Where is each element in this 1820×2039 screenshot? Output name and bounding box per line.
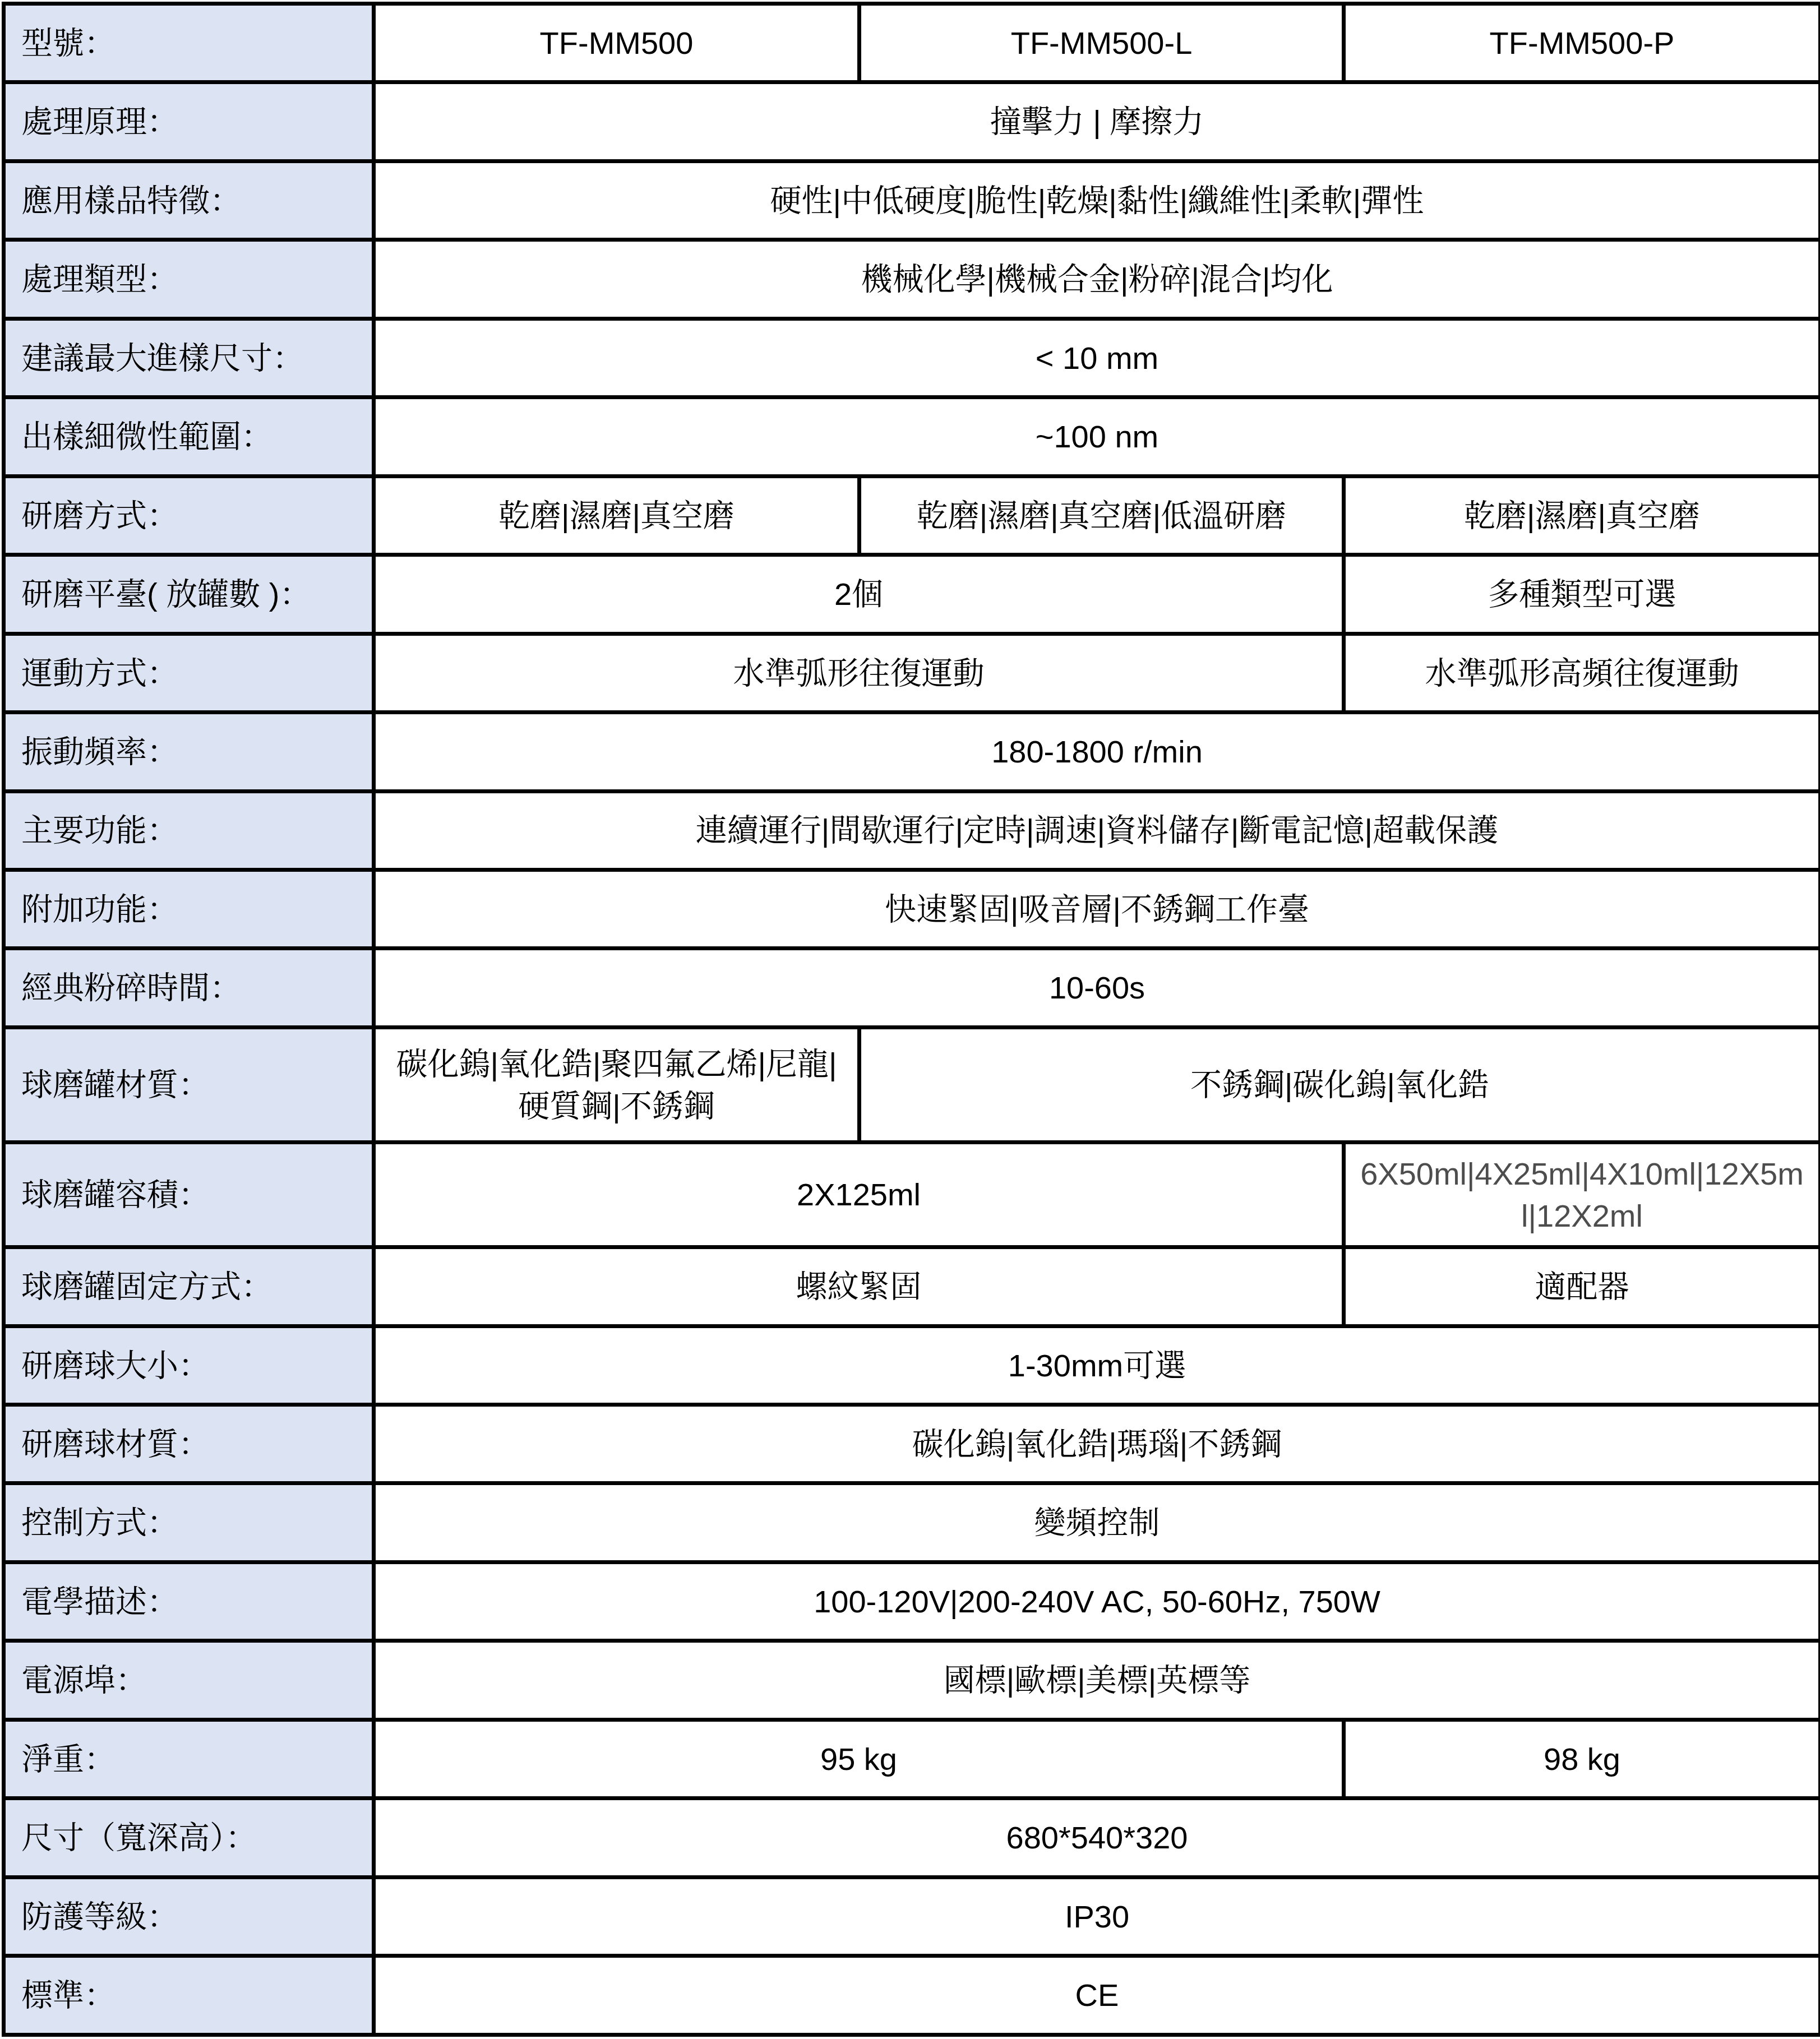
table-row: 淨重：95 kg98 kg (4, 1719, 1820, 1798)
spec-value: 碳化鎢|氧化鋯|瑪瑙|不銹鋼 (374, 1405, 1820, 1483)
spec-value: 不銹鋼|碳化鎢|氧化鋯 (860, 1027, 1820, 1142)
row-label: 淨重： (4, 1719, 374, 1798)
table-row: 防護等級：IP30 (4, 1877, 1820, 1955)
row-label: 出樣細微性範圍： (4, 397, 374, 476)
table-row: 研磨方式：乾磨|濕磨|真空磨乾磨|濕磨|真空磨|低溫研磨乾磨|濕磨|真空磨 (4, 476, 1820, 554)
row-label: 振動頻率： (4, 713, 374, 791)
spec-value: 水準弧形高頻往復運動 (1344, 634, 1820, 712)
spec-value: < 10 mm (374, 318, 1820, 397)
spec-value: 國標|歐標|美標|英標等 (374, 1641, 1820, 1719)
table-row: 型號：TF-MM500TF-MM500-LTF-MM500-P (4, 4, 1820, 82)
row-label: 球磨罐材質： (4, 1027, 374, 1142)
row-label: 防護等級： (4, 1877, 374, 1955)
row-label: 電學描述： (4, 1562, 374, 1640)
table-row: 處理類型：機械化學|機械合金|粉碎|混合|均化 (4, 240, 1820, 318)
spec-value: 180-1800 r/min (374, 713, 1820, 791)
row-label: 運動方式： (4, 634, 374, 712)
spec-value: 多種類型可選 (1344, 555, 1820, 634)
table-row: 建議最大進樣尺寸：< 10 mm (4, 318, 1820, 397)
spec-value: 機械化學|機械合金|粉碎|混合|均化 (374, 240, 1820, 318)
row-label: 處理原理： (4, 82, 374, 161)
row-label: 處理類型： (4, 240, 374, 318)
table-row: 電學描述：100-120V|200-240V AC, 50-60Hz, 750W (4, 1562, 1820, 1640)
table-row: 出樣細微性範圍：~100 nm (4, 397, 1820, 476)
spec-value: TF-MM500-P (1344, 4, 1820, 82)
table-row: 球磨罐材質：碳化鎢|氧化鋯|聚四氟乙烯|尼龍|硬質鋼|不銹鋼不銹鋼|碳化鎢|氧化… (4, 1027, 1820, 1142)
row-label: 研磨球大小： (4, 1326, 374, 1404)
spec-table: 型號：TF-MM500TF-MM500-LTF-MM500-P處理原理：撞擊力 … (2, 2, 1820, 2037)
table-row: 尺寸（寬深高）：680*540*320 (4, 1798, 1820, 1877)
spec-value: 螺紋緊固 (374, 1247, 1344, 1326)
spec-value: 乾磨|濕磨|真空磨 (1344, 476, 1820, 554)
row-label: 主要功能： (4, 791, 374, 870)
table-row: 研磨球大小：1-30mm可選 (4, 1326, 1820, 1404)
row-label: 電源埠： (4, 1641, 374, 1719)
spec-value: 乾磨|濕磨|真空磨|低溫研磨 (860, 476, 1344, 554)
spec-value: 100-120V|200-240V AC, 50-60Hz, 750W (374, 1562, 1820, 1640)
spec-value: 水準弧形往復運動 (374, 634, 1344, 712)
spec-value: 撞擊力 | 摩擦力 (374, 82, 1820, 161)
spec-sheet: 型號：TF-MM500TF-MM500-LTF-MM500-P處理原理：撞擊力 … (0, 0, 1820, 2039)
table-row: 標準：CE (4, 1956, 1820, 2035)
row-label: 控制方式： (4, 1483, 374, 1562)
spec-value: 6X50ml|4X25ml|4X10ml|12X5ml|12X2ml (1344, 1143, 1820, 1247)
spec-value: 2個 (374, 555, 1344, 634)
spec-value: ~100 nm (374, 397, 1820, 476)
row-label: 應用樣品特徵： (4, 161, 374, 239)
table-row: 研磨平臺( 放罐數 )：2個多種類型可選 (4, 555, 1820, 634)
row-label: 球磨罐固定方式： (4, 1247, 374, 1326)
spec-value: 適配器 (1344, 1247, 1820, 1326)
table-row: 主要功能：連續運行|間歇運行|定時|調速|資料儲存|斷電記憶|超載保護 (4, 791, 1820, 870)
spec-value: 碳化鎢|氧化鋯|聚四氟乙烯|尼龍|硬質鋼|不銹鋼 (374, 1027, 860, 1142)
row-label: 建議最大進樣尺寸： (4, 318, 374, 397)
table-row: 處理原理：撞擊力 | 摩擦力 (4, 82, 1820, 161)
table-row: 附加功能：快速緊固|吸音層|不銹鋼工作臺 (4, 870, 1820, 948)
spec-value: 變頻控制 (374, 1483, 1820, 1562)
table-row: 研磨球材質：碳化鎢|氧化鋯|瑪瑙|不銹鋼 (4, 1405, 1820, 1483)
spec-value: 快速緊固|吸音層|不銹鋼工作臺 (374, 870, 1820, 948)
row-label: 研磨球材質： (4, 1405, 374, 1483)
spec-value: TF-MM500-L (860, 4, 1344, 82)
row-label: 研磨方式： (4, 476, 374, 554)
table-row: 控制方式：變頻控制 (4, 1483, 1820, 1562)
table-row: 球磨罐固定方式：螺紋緊固適配器 (4, 1247, 1820, 1326)
table-row: 經典粉碎時間：10-60s (4, 949, 1820, 1027)
table-row: 應用樣品特徵：硬性|中低硬度|脆性|乾燥|黏性|纖維性|柔軟|彈性 (4, 161, 1820, 239)
table-row: 振動頻率：180-1800 r/min (4, 713, 1820, 791)
spec-value: CE (374, 1956, 1820, 2035)
row-label: 研磨平臺( 放罐數 )： (4, 555, 374, 634)
table-row: 電源埠：國標|歐標|美標|英標等 (4, 1641, 1820, 1719)
row-label: 球磨罐容積： (4, 1143, 374, 1247)
row-label: 型號： (4, 4, 374, 82)
spec-value: 2X125ml (374, 1143, 1344, 1247)
row-label: 標準： (4, 1956, 374, 2035)
spec-value: 98 kg (1344, 1719, 1820, 1798)
spec-value: 10-60s (374, 949, 1820, 1027)
spec-value: 硬性|中低硬度|脆性|乾燥|黏性|纖維性|柔軟|彈性 (374, 161, 1820, 239)
spec-value: 680*540*320 (374, 1798, 1820, 1877)
spec-value: IP30 (374, 1877, 1820, 1955)
table-row: 運動方式：水準弧形往復運動水準弧形高頻往復運動 (4, 634, 1820, 712)
table-row: 球磨罐容積：2X125ml6X50ml|4X25ml|4X10ml|12X5ml… (4, 1143, 1820, 1247)
row-label: 經典粉碎時間： (4, 949, 374, 1027)
row-label: 附加功能： (4, 870, 374, 948)
spec-value: 連續運行|間歇運行|定時|調速|資料儲存|斷電記憶|超載保護 (374, 791, 1820, 870)
spec-value: 1-30mm可選 (374, 1326, 1820, 1404)
spec-value: 95 kg (374, 1719, 1344, 1798)
spec-value: 乾磨|濕磨|真空磨 (374, 476, 860, 554)
spec-value: TF-MM500 (374, 4, 860, 82)
row-label: 尺寸（寬深高）： (4, 1798, 374, 1877)
